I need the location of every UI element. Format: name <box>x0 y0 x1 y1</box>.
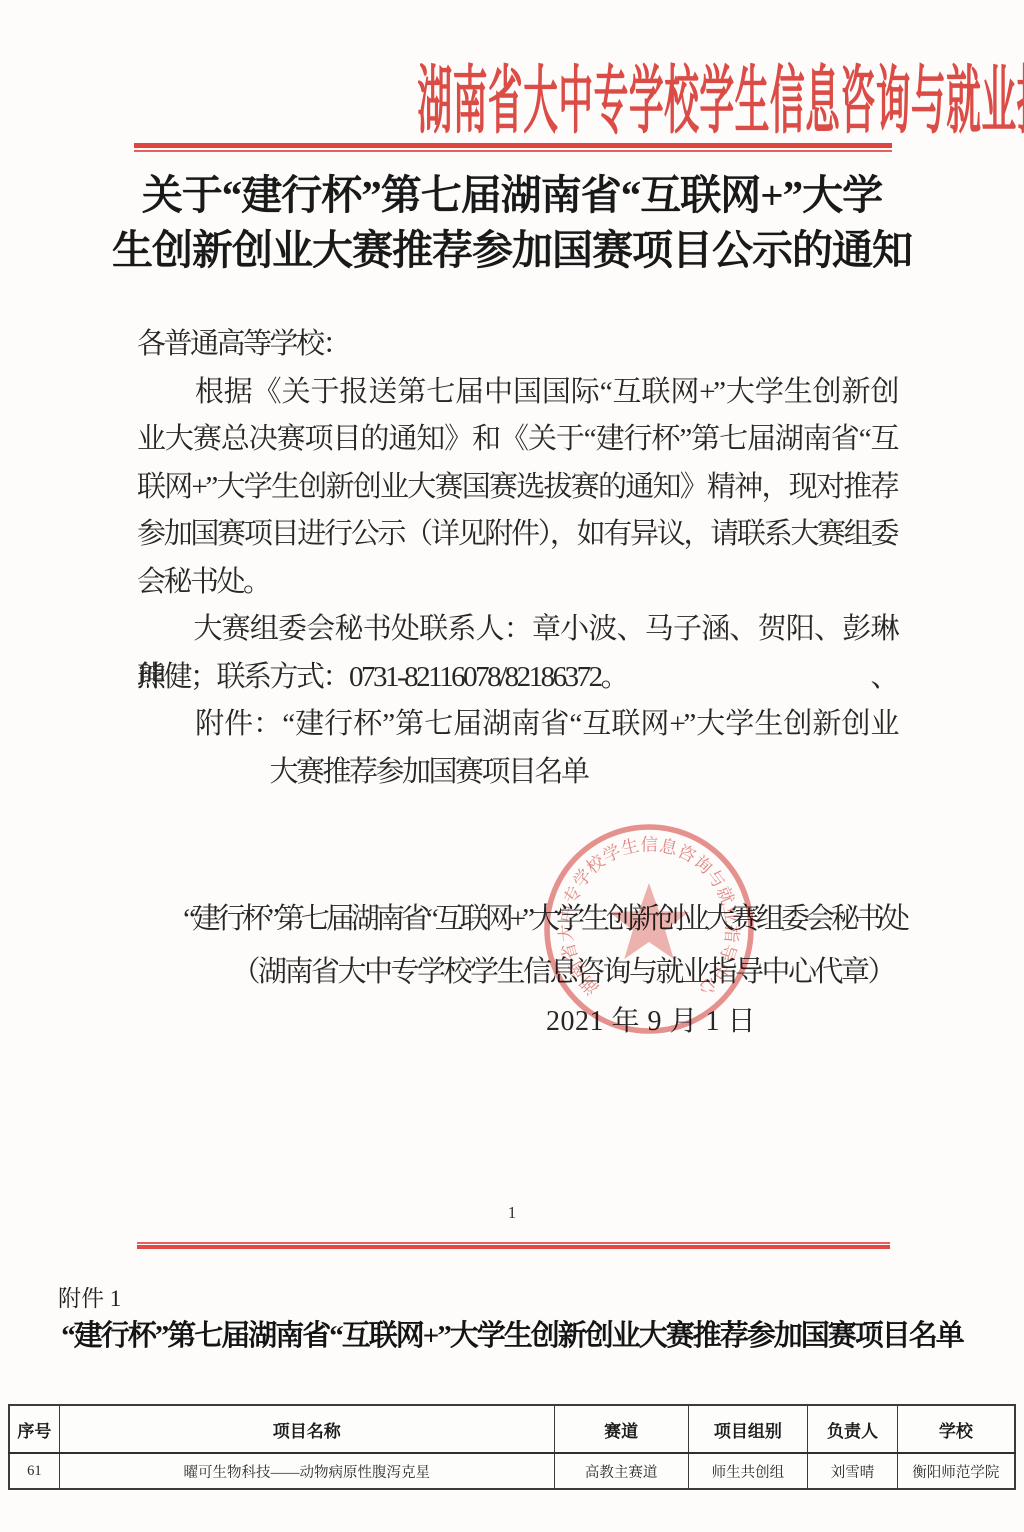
body-line: 参加国赛项目进行公示（详见附件），如有异议，请联系大赛组委 <box>137 511 897 559</box>
table-column-header: 负责人 <box>808 1405 898 1453</box>
attachment-title: “建行杯”第七届湖南省“互联网+”大学生创新创业大赛推荐参加国赛项目名单 <box>0 1313 1024 1354</box>
table-row: 61曜可生物科技——动物病原性腹泻克星高教主赛道师生共创组刘雪晴衡阳师范学院 <box>9 1453 1015 1489</box>
table-column-header: 学校 <box>897 1405 1015 1453</box>
page-number: 1 <box>0 1203 1024 1223</box>
table-cell: 刘雪晴 <box>808 1453 898 1489</box>
table-cell: 曜可生物科技——动物病原性腹泻克星 <box>59 1453 554 1489</box>
body-line: 根据《关于报送第七届中国国际“互联网+”大学生创新创 <box>137 369 897 417</box>
document-title: 关于“建行杯”第七届湖南省“互联网+”大学 生创新创业大赛推荐参加国赛项目公示的… <box>0 168 1024 278</box>
attachment-label: 附件 1 <box>58 1280 121 1313</box>
letterhead-rule-thin <box>134 150 892 152</box>
body-line: 附件：“建行杯”第七届湖南省“互联网+”大学生创新创业 <box>137 701 897 749</box>
table-header-row: 序号项目名称赛道项目组别负责人学校 <box>9 1405 1015 1453</box>
body-line: 业大赛总决赛项目的通知》和《关于“建行杯”第七届湖南省“互 <box>137 416 897 464</box>
project-list-table: 序号项目名称赛道项目组别负责人学校 61曜可生物科技——动物病原性腹泻克星高教主… <box>8 1404 1016 1490</box>
signature-organizer: “建行杯”第七届湖南省“互联网+”大学生创新创业大赛组委会秘书处 <box>183 896 906 937</box>
signature-date: 2021 年 9 月 1 日 <box>546 999 756 1039</box>
letterhead-rule-thick <box>134 143 892 148</box>
footer-rule-thin <box>137 1242 890 1244</box>
table-cell: 高教主赛道 <box>554 1453 688 1489</box>
table-column-header: 项目组别 <box>688 1405 808 1453</box>
table-cell: 师生共创组 <box>688 1453 808 1489</box>
body-line: 各普通高等学校： <box>137 321 897 369</box>
table-cell: 61 <box>9 1453 59 1489</box>
body-line: 大赛组委会秘书处联系人：章小波、马子涵、贺阳、彭琳珅、 <box>137 606 897 654</box>
table-body: 61曜可生物科技——动物病原性腹泻克星高教主赛道师生共创组刘雪晴衡阳师范学院 <box>9 1453 1015 1489</box>
body-line: 大赛推荐参加国赛项目名单 <box>137 749 897 797</box>
footer-rule-thick <box>137 1245 890 1249</box>
table-column-header: 序号 <box>9 1405 59 1453</box>
letterhead-org-name: 湖南省大中专学校学生信息咨询与就业指导中心 <box>417 42 1024 148</box>
table-cell: 衡阳师范学院 <box>897 1453 1015 1489</box>
table-column-header: 赛道 <box>554 1405 688 1453</box>
document-page: 湖南省大中专学校学生信息咨询与就业指导中心 关于“建行杯”第七届湖南省“互联网+… <box>0 0 1024 1532</box>
document-title-line2: 生创新创业大赛推荐参加国赛项目公示的通知 <box>0 223 1024 278</box>
letterhead-rule <box>134 143 892 152</box>
signature-proxy-note: （湖南省大中专学校学生信息咨询与就业指导中心代章） <box>231 949 894 990</box>
body-line: 联网+”大学生创新创业大赛国赛选拔赛的通知》精神，现对推荐 <box>137 464 897 512</box>
letterhead: 湖南省大中专学校学生信息咨询与就业指导中心 <box>0 42 1024 142</box>
page-footer-rule <box>137 1242 890 1249</box>
table-column-header: 项目名称 <box>59 1405 554 1453</box>
body-line: 会秘书处。 <box>137 559 897 607</box>
document-title-line1: 关于“建行杯”第七届湖南省“互联网+”大学 <box>0 168 1024 223</box>
body-text: 各普通高等学校： 根据《关于报送第七届中国国际“互联网+”大学生创新创业大赛总决… <box>137 321 897 796</box>
